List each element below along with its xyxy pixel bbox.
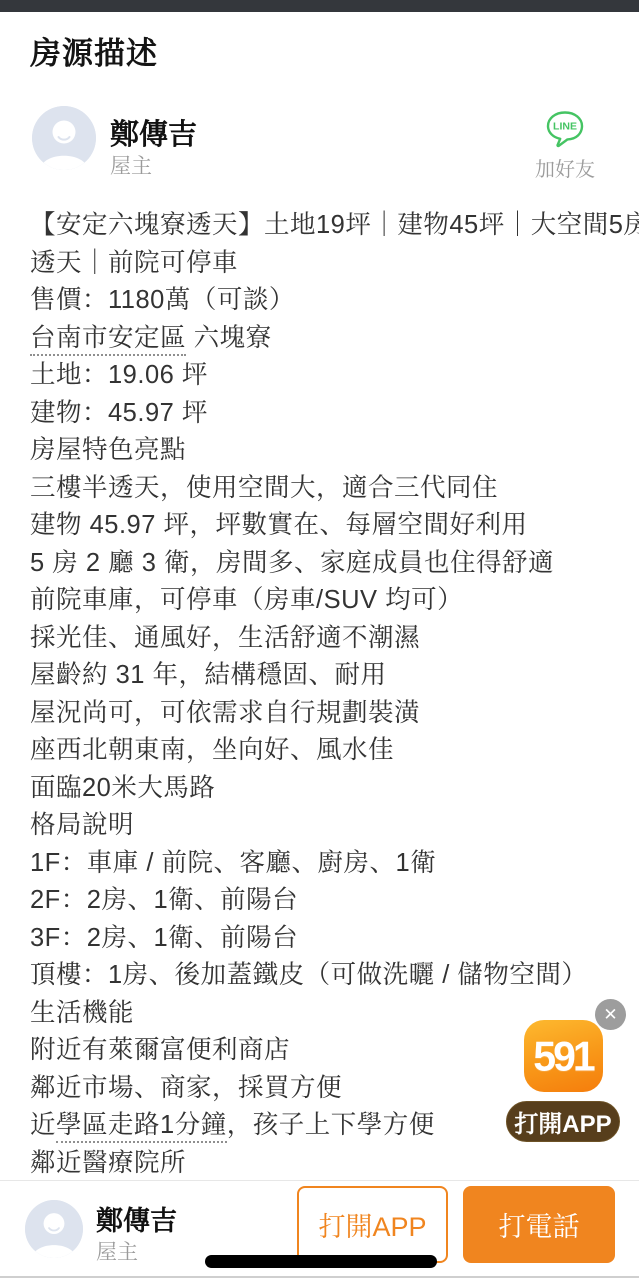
description-line: 2F：2房、1衛、前陽台 [30,882,632,920]
description-text: 六塊寮 [186,324,272,352]
avatar [32,106,96,170]
avatar [25,1200,83,1258]
person-icon [32,106,96,170]
description-line: 【安定六塊寮透天】土地19坪｜建物45坪｜大空間5房 [30,207,632,245]
description-text: 【安定六塊寮透天】土地19坪｜建物45坪｜大空間5房 [30,211,639,239]
description-text: 附近有萊爾富便利商店 [30,1036,290,1064]
description-line: 建物：45.97 坪 [30,395,632,433]
line-add-friend-button[interactable]: LINE 加好友 [527,110,603,182]
description-text: ，孩子上下學方便 [227,1111,435,1139]
agent-name: 鄭傳吉 [96,1199,177,1238]
description-text: 前院車庫，可停車（房車/SUV 均可） [30,586,463,614]
description-line: 建物 45.97 坪，坪數實在、每層空間好利用 [30,507,632,545]
description-text: 3F：2房、1衛、前陽台 [30,924,298,952]
description-line: 房屋特色亮點 [30,432,632,470]
description-line: 座西北朝東南，坐向好、風水佳 [30,732,632,770]
description-text: 面臨20米大馬路 [30,774,215,802]
open-app-button[interactable]: 打開APP [297,1186,448,1263]
description-line: 格局說明 [30,807,632,845]
description-text: 售價：1180萬（可談） [30,286,295,314]
description-line: 土地：19.06 坪 [30,357,632,395]
description-text: 採光佳、通風好，生活舒適不潮濕 [30,624,420,652]
description-text: 格局說明 [30,811,134,839]
description-text: 鄰近市場、商家，採買方便 [30,1074,342,1102]
home-indicator[interactable] [205,1255,437,1268]
description-line: 5 房 2 廳 3 衛，房間多、家庭成員也住得舒適 [30,545,632,583]
keyword-link[interactable]: 台南市安定區 [30,324,186,356]
description-line: 透天｜前院可停車 [30,245,632,283]
description-text: 建物 45.97 坪，坪數實在、每層空間好利用 [30,511,527,539]
svg-text:LINE: LINE [553,121,577,133]
line-add-friend-label: 加好友 [527,153,603,182]
page-title: 房源描述 [30,28,158,73]
description-text: 建物：45.97 坪 [30,399,208,427]
description-line: 1F：車庫 / 前院、客廳、廚房、1衛 [30,845,632,883]
description-line: 三樓半透天，使用空間大，適合三代同住 [30,470,632,508]
line-icon: LINE [545,110,585,148]
description-text: 房屋特色亮點 [30,436,186,464]
agent-name: 鄭傳吉 [110,112,197,153]
description-line: 前院車庫，可停車（房車/SUV 均可） [30,582,632,620]
close-icon[interactable]: ✕ [595,999,626,1030]
description-text: 近 [30,1111,56,1139]
screen-bottom-edge [0,1276,639,1278]
description-text: 屋況尚可，可依需求自行規劃裝潢 [30,699,420,727]
description-text: 三樓半透天，使用空間大，適合三代同住 [30,474,498,502]
description-text: 2F：2房、1衛、前陽台 [30,886,298,914]
description-text: 生活機能 [30,999,134,1027]
description-text: 屋齡約 31 年，結構穩固、耐用 [30,661,387,689]
app-promo-widget: ✕ 591 打開APP [504,996,622,1142]
property-description-page: 房源描述 鄭傳吉 屋主 LINE 加好友 【安定六塊寮透天】土地19坪｜建物45… [0,0,639,1280]
description-line: 採光佳、通風好，生活舒適不潮濕 [30,620,632,658]
agent-role: 屋主 [96,1236,138,1266]
description-line: 屋況尚可，可依需求自行規劃裝潢 [30,695,632,733]
description-line: 售價：1180萬（可談） [30,282,632,320]
top-dark-bar [0,0,639,12]
description-line: 屋齡約 31 年，結構穩固、耐用 [30,657,632,695]
description-line: 鄰近醫療院所 [30,1145,632,1183]
call-button[interactable]: 打電話 [463,1186,615,1263]
description-text: 透天｜前院可停車 [30,249,238,277]
description-text: 1F：車庫 / 前院、客廳、廚房、1衛 [30,849,436,877]
description-line: 面臨20米大馬路 [30,770,632,808]
person-icon [25,1200,83,1258]
description-text: 頂樓：1房、後加蓋鐵皮（可做洗曬 / 儲物空間） [30,961,587,989]
description-text: 鄰近醫療院所 [30,1149,186,1177]
description-line: 頂樓：1房、後加蓋鐵皮（可做洗曬 / 儲物空間） [30,957,632,995]
description-text: 土地：19.06 坪 [30,361,208,389]
description-line: 台南市安定區 六塊寮 [30,320,632,358]
agent-card: 鄭傳吉 屋主 LINE 加好友 [30,104,609,176]
agent-role: 屋主 [110,150,152,180]
description-line: 3F：2房、1衛、前陽台 [30,920,632,958]
description-text: 座西北朝東南，坐向好、風水佳 [30,736,394,764]
description-text: 5 房 2 廳 3 衛，房間多、家庭成員也住得舒適 [30,549,554,577]
open-app-floating-button[interactable]: 打開APP [506,1101,620,1142]
591-app-icon[interactable]: 591 [524,1020,603,1092]
keyword-link[interactable]: 學區走路1分鐘 [56,1111,227,1143]
591-app-icon-label: 591 [533,1032,592,1080]
